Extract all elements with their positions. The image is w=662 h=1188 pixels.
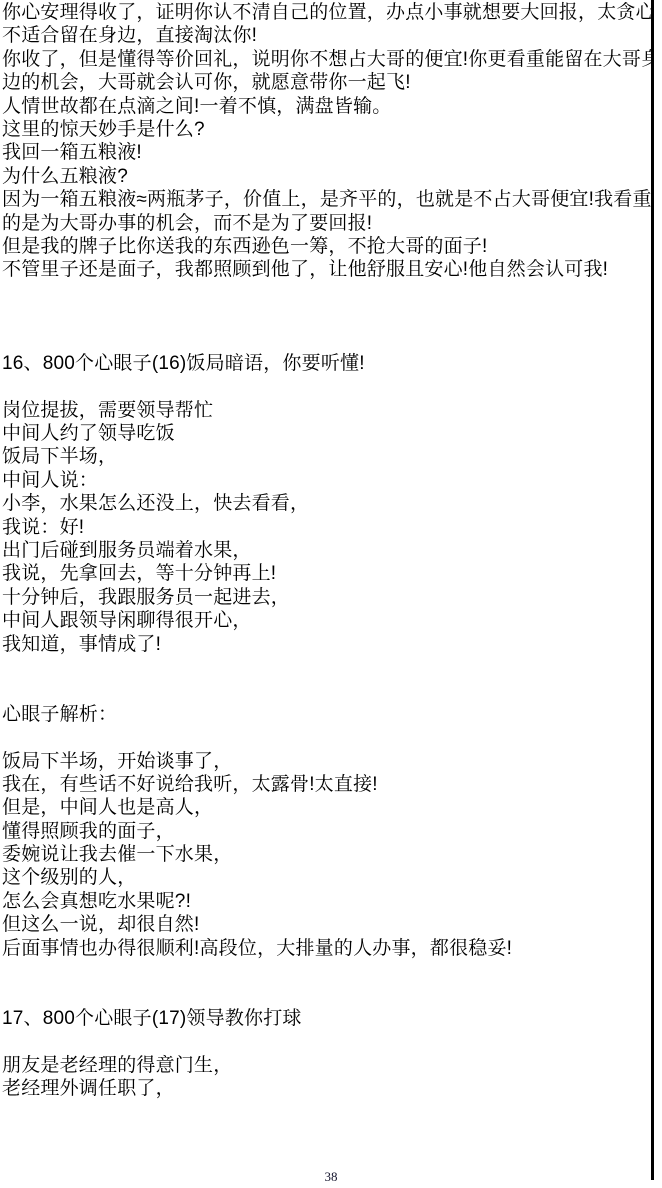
text-line: 你心安理得收了，证明你认不清自己的位置，办点小事就想要大回报，太贪心， [2, 1, 654, 24]
blank-line [2, 679, 654, 702]
text-line: 这里的惊天妙手是什么? [2, 118, 654, 141]
text-line: 边的机会，大哥就会认可你，就愿意带你一起飞! [2, 71, 654, 94]
blank-line [2, 305, 654, 328]
page-number: 38 [325, 1169, 338, 1184]
page-footer: 38 [0, 1168, 662, 1186]
text-line: 怎么会真想吃水果呢?! [2, 890, 654, 913]
document-body: 你心安理得收了，证明你认不清自己的位置，办点小事就想要大回报，太贪心，不适合留在… [2, 1, 654, 1100]
right-edge-border [651, 0, 654, 1180]
blank-line [2, 328, 654, 351]
text-line: 你收了，但是懂得等价回礼，说明你不想占大哥的便宜!你更看重能留在大哥身 [2, 48, 654, 71]
text-line: 饭局下半场，开始谈事了， [2, 750, 654, 773]
blank-line [2, 282, 654, 305]
text-line: 我说：好! [2, 516, 654, 539]
blank-line [2, 1030, 654, 1053]
text-line: 委婉说让我去催一下水果， [2, 843, 654, 866]
text-line: 心眼子解析： [2, 703, 654, 726]
text-line: 我在，有些话不好说给我听，太露骨!太直接! [2, 773, 654, 796]
text-line: 出门后碰到服务员端着水果， [2, 539, 654, 562]
text-line: 我说，先拿回去，等十分钟再上! [2, 562, 654, 585]
blank-line [2, 656, 654, 679]
text-line: 为什么五粮液? [2, 165, 654, 188]
section-heading: 17、800个心眼子(17)领导教你打球 [2, 1007, 654, 1030]
text-line: 人情世故都在点滴之间!一着不慎，满盘皆输。 [2, 95, 654, 118]
text-line: 不适合留在身边，直接淘汰你! [2, 24, 654, 47]
blank-line [2, 960, 654, 983]
text-line: 我知道，事情成了! [2, 633, 654, 656]
text-line: 朋友是老经理的得意门生， [2, 1054, 654, 1077]
blank-line [2, 375, 654, 398]
text-line: 的是为大哥办事的机会，而不是为了要回报! [2, 212, 654, 235]
text-line: 但是，中间人也是高人， [2, 796, 654, 819]
blank-line [2, 983, 654, 1006]
text-line: 我回一箱五粮液! [2, 141, 654, 164]
text-line: 老经理外调任职了， [2, 1077, 654, 1100]
text-line: 中间人约了领导吃饭 [2, 422, 654, 445]
text-line: 不管里子还是面子，我都照顾到他了，让他舒服且安心!他自然会认可我! [2, 258, 654, 281]
document-page: 你心安理得收了，证明你认不清自己的位置，办点小事就想要大回报，太贪心，不适合留在… [0, 0, 662, 1188]
blank-line [2, 726, 654, 749]
text-line: 中间人说： [2, 469, 654, 492]
text-line: 懂得照顾我的面子， [2, 820, 654, 843]
text-line: 但这么一说，却很自然! [2, 913, 654, 936]
text-line: 小李，水果怎么还没上，快去看看， [2, 492, 654, 515]
text-line: 这个级别的人， [2, 866, 654, 889]
text-line: 后面事情也办得很顺利!高段位，大排量的人办事，都很稳妥! [2, 937, 654, 960]
text-line: 但是我的牌子比你送我的东西逊色一筹，不抢大哥的面子! [2, 235, 654, 258]
text-line: 因为一箱五粮液≈两瓶茅子，价值上，是齐平的，也就是不占大哥便宜!我看重 [2, 188, 654, 211]
text-line: 饭局下半场， [2, 445, 654, 468]
text-line: 岗位提拔，需要领导帮忙 [2, 399, 654, 422]
text-line: 中间人跟领导闲聊得很开心， [2, 609, 654, 632]
section-heading: 16、800个心眼子(16)饭局暗语，你要听懂! [2, 352, 654, 375]
text-line: 十分钟后，我跟服务员一起进去， [2, 586, 654, 609]
